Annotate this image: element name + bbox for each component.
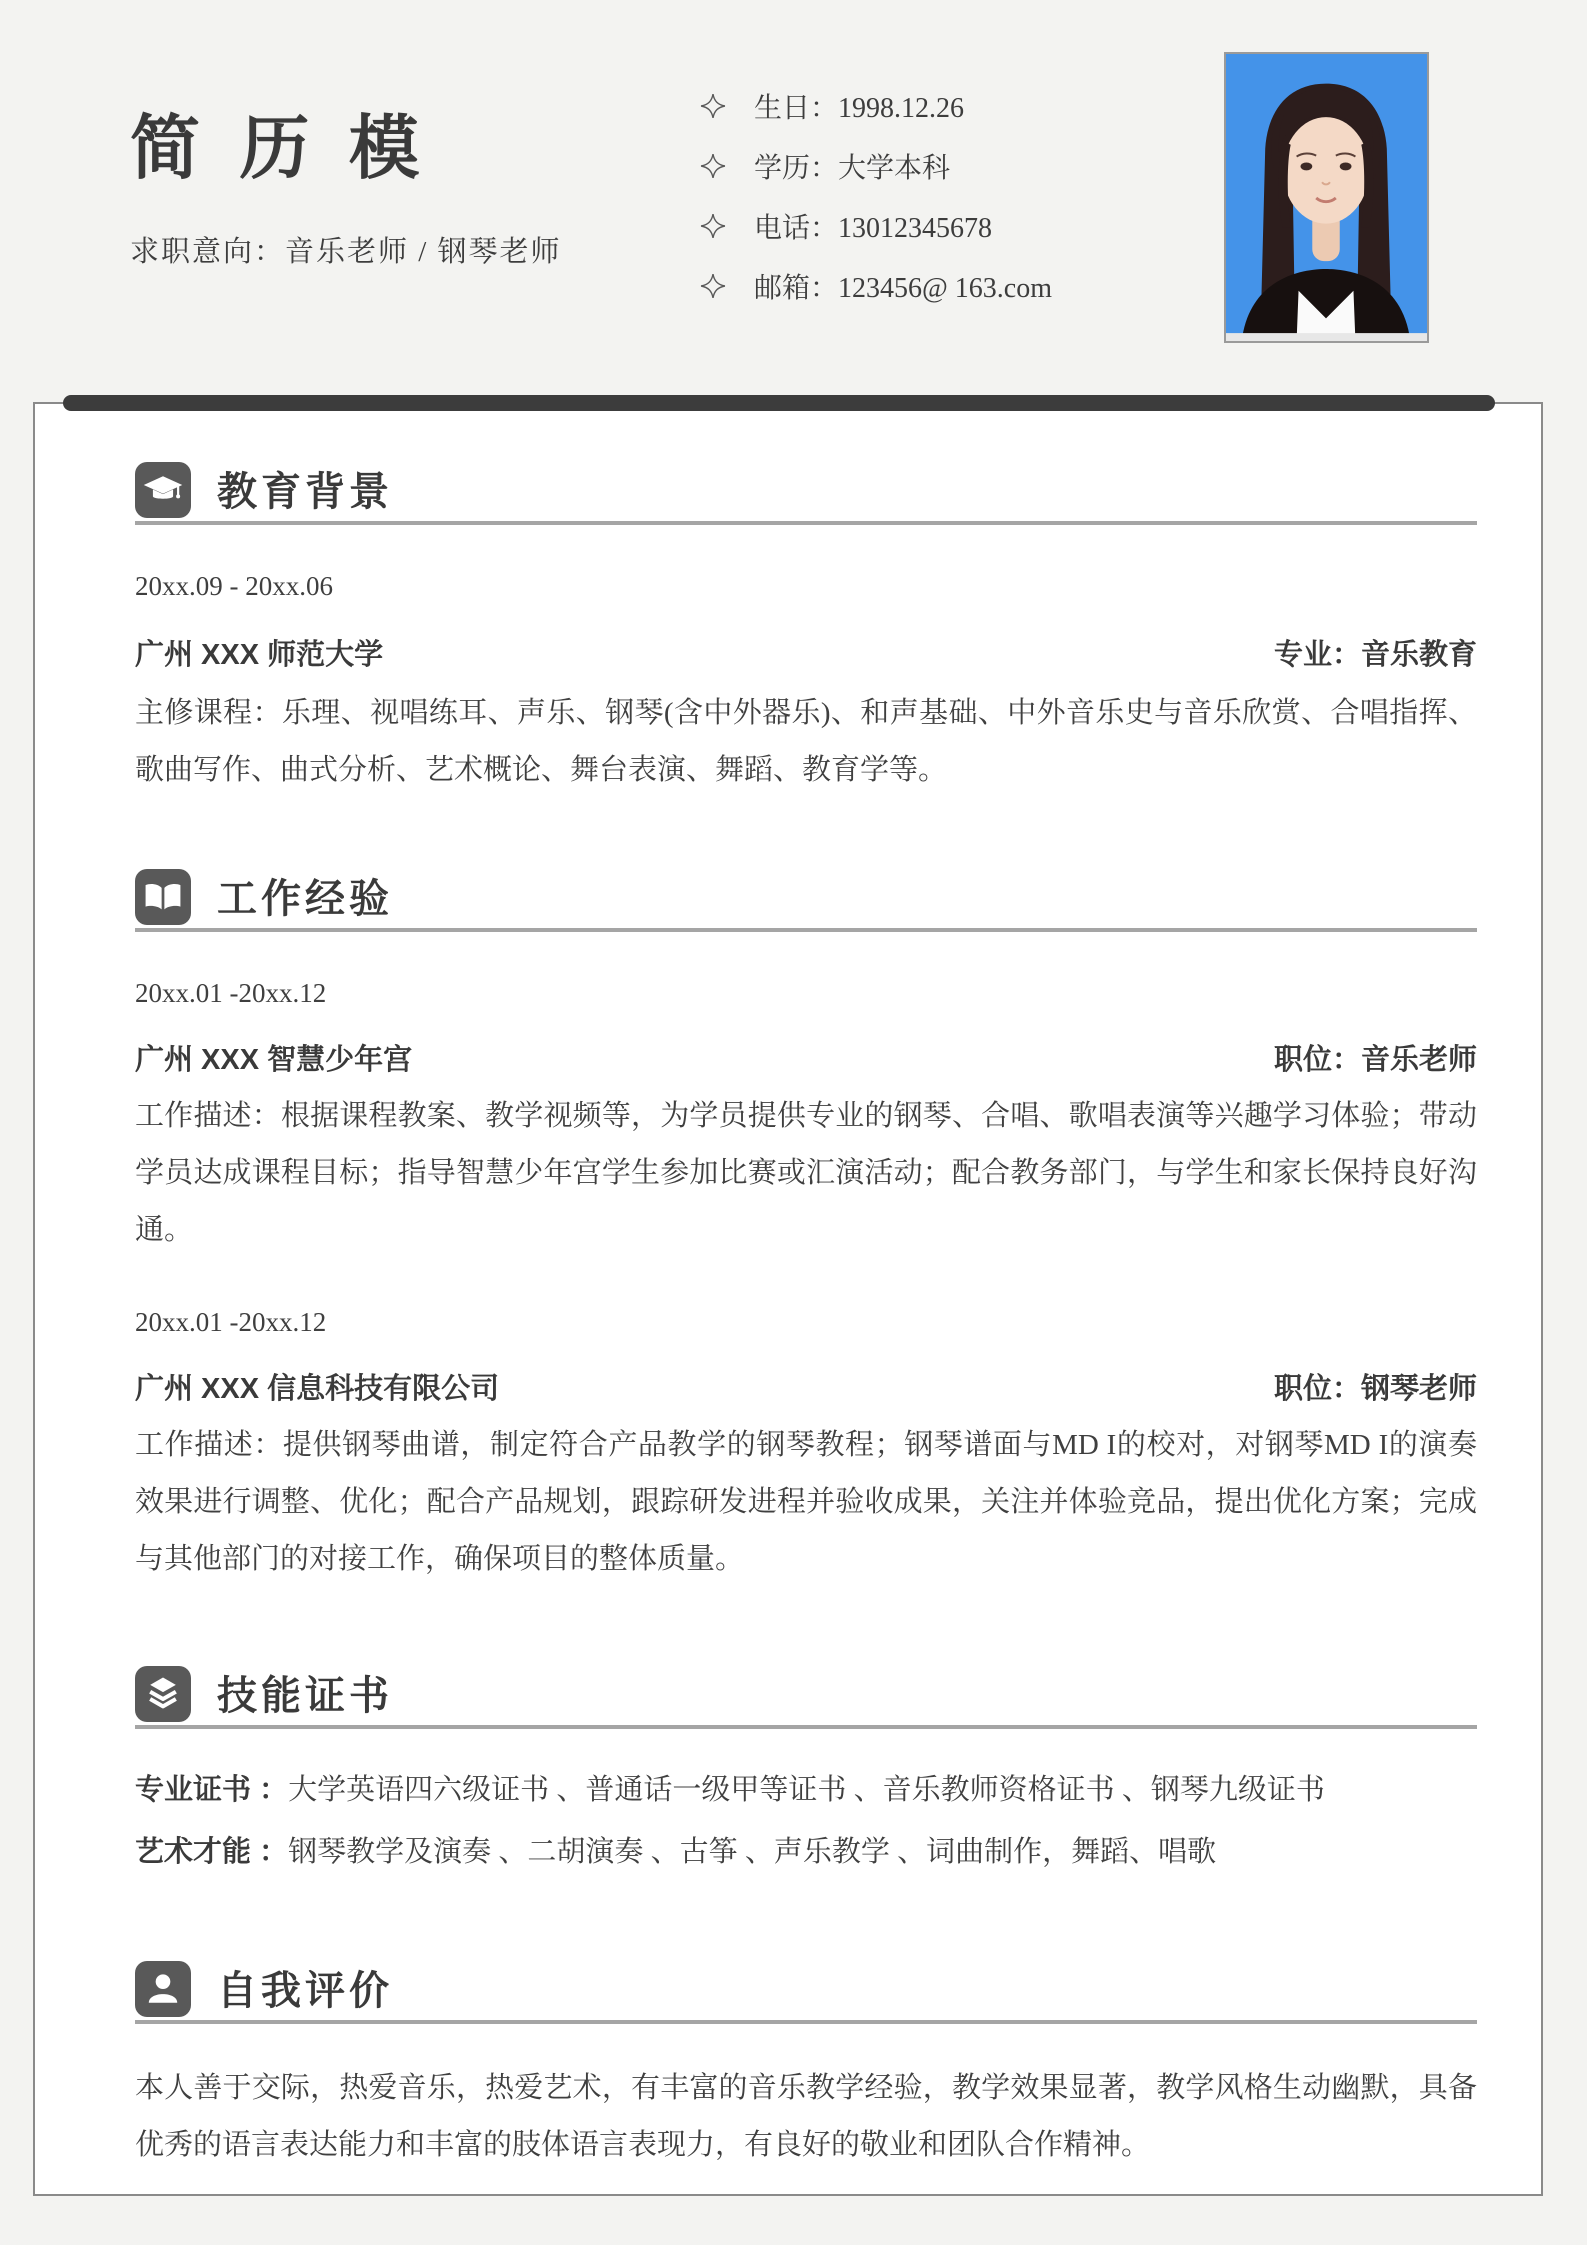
skill-value: 大学英语四六级证书 、普通话一级甲等证书 、音乐教师资格证书 、钢琴九级证书 bbox=[288, 1774, 1325, 1806]
list-item: 学历：大学本科 bbox=[700, 136, 1052, 196]
job-entry: 20xx.01 -20xx.12 广州 XXX 智慧少年宫 职位：音乐老师 工作… bbox=[135, 978, 1477, 1259]
list-item: 生日：1998.12.26 bbox=[700, 76, 1052, 136]
four-pointed-star-icon bbox=[700, 213, 726, 239]
job-description: 工作描述：根据课程教案、教学视频等，为学员提供专业的钢琴、合唱、歌唱表演等兴趣学… bbox=[135, 1088, 1477, 1259]
four-pointed-star-icon bbox=[700, 273, 726, 299]
skills-list: 专业证书 ：大学英语四六级证书 、普通话一级甲等证书 、音乐教师资格证书 、钢琴… bbox=[135, 1759, 1477, 1883]
section-title-education: 教育背景 bbox=[217, 464, 393, 520]
section-header-skills: 技能证书 bbox=[135, 1666, 1477, 1729]
self-evaluation-text: 本人善于交际，热爱音乐，热爱艺术，有丰富的音乐教学经验，教学效果显著，教学风格生… bbox=[135, 2060, 1477, 2174]
list-item: 艺术才能 ：钢琴教学及演奏 、二胡演奏 、古筝 、声乐教学 、词曲制作，舞蹈、唱… bbox=[135, 1821, 1477, 1883]
job-position: 职位：钢琴老师 bbox=[1274, 1366, 1477, 1407]
education-school-row: 广州 XXX 师范大学 专业：音乐教育 bbox=[135, 632, 1477, 673]
school-name: 广州 XXX 师范大学 bbox=[135, 632, 383, 673]
major: 专业：音乐教育 bbox=[1274, 632, 1477, 673]
personal-info-list: 生日：1998.12.26 学历：大学本科 电话：13012345678 邮箱：… bbox=[700, 76, 1052, 316]
job-entry: 20xx.01 -20xx.12 广州 XXX 信息科技有限公司 职位：钢琴老师… bbox=[135, 1307, 1477, 1588]
list-item: 电话：13012345678 bbox=[700, 196, 1052, 256]
section-title-evaluation: 自我评价 bbox=[217, 1963, 393, 2019]
skill-label: 艺术才能 ： bbox=[135, 1836, 288, 1868]
job-description: 工作描述：提供钢琴曲谱，制定符合产品教学的钢琴教程；钢琴谱面与MD I的校对，对… bbox=[135, 1417, 1477, 1588]
resume-header: 简 历 模 求职意向：音乐老师 / 钢琴老师 bbox=[130, 92, 562, 270]
section-header-work: 工作经验 bbox=[135, 869, 1477, 932]
list-item: 专业证书 ：大学英语四六级证书 、普通话一级甲等证书 、音乐教师资格证书 、钢琴… bbox=[135, 1759, 1477, 1821]
job-intention: 求职意向：音乐老师 / 钢琴老师 bbox=[130, 229, 562, 270]
resume-card: 教育背景 20xx.09 - 20xx.06 广州 XXX 师范大学 专业：音乐… bbox=[33, 402, 1543, 2196]
id-photo bbox=[1224, 52, 1429, 343]
skill-value: 钢琴教学及演奏 、二胡演奏 、古筝 、声乐教学 、词曲制作，舞蹈、唱歌 bbox=[288, 1836, 1216, 1868]
job-position: 职位：音乐老师 bbox=[1274, 1037, 1477, 1078]
info-phone: 电话：13012345678 bbox=[754, 206, 992, 246]
layers-icon bbox=[135, 1666, 191, 1722]
open-book-icon bbox=[135, 869, 191, 925]
graduation-cap-icon bbox=[135, 462, 191, 518]
section-title-work: 工作经验 bbox=[217, 871, 393, 927]
company-name: 广州 XXX 智慧少年宫 bbox=[135, 1037, 412, 1078]
job-period: 20xx.01 -20xx.12 bbox=[135, 978, 1477, 1009]
info-birthday: 生日：1998.12.26 bbox=[754, 86, 964, 126]
section-header-evaluation: 自我评价 bbox=[135, 1961, 1477, 2024]
job-period: 20xx.01 -20xx.12 bbox=[135, 1307, 1477, 1338]
person-icon bbox=[135, 1961, 191, 2017]
education-courses: 主修课程：乐理、视唱练耳、声乐、钢琴(含中外器乐)、和声基础、中外音乐史与音乐欣… bbox=[135, 685, 1477, 799]
card-top-bar bbox=[63, 395, 1495, 411]
section-header-education: 教育背景 bbox=[135, 462, 1477, 525]
list-item: 邮箱：123456@ 163.com bbox=[700, 256, 1052, 316]
portrait-photo bbox=[1226, 54, 1427, 341]
skill-label: 专业证书 ： bbox=[135, 1774, 288, 1806]
job-company-row: 广州 XXX 智慧少年宫 职位：音乐老师 bbox=[135, 1037, 1477, 1078]
page-title: 简 历 模 bbox=[130, 92, 562, 193]
four-pointed-star-icon bbox=[700, 93, 726, 119]
info-education: 学历：大学本科 bbox=[754, 146, 950, 186]
company-name: 广州 XXX 信息科技有限公司 bbox=[135, 1366, 499, 1407]
info-email: 邮箱：123456@ 163.com bbox=[754, 266, 1052, 306]
section-title-skills: 技能证书 bbox=[217, 1668, 393, 1724]
four-pointed-star-icon bbox=[700, 153, 726, 179]
education-period: 20xx.09 - 20xx.06 bbox=[135, 571, 1477, 602]
job-company-row: 广州 XXX 信息科技有限公司 职位：钢琴老师 bbox=[135, 1366, 1477, 1407]
